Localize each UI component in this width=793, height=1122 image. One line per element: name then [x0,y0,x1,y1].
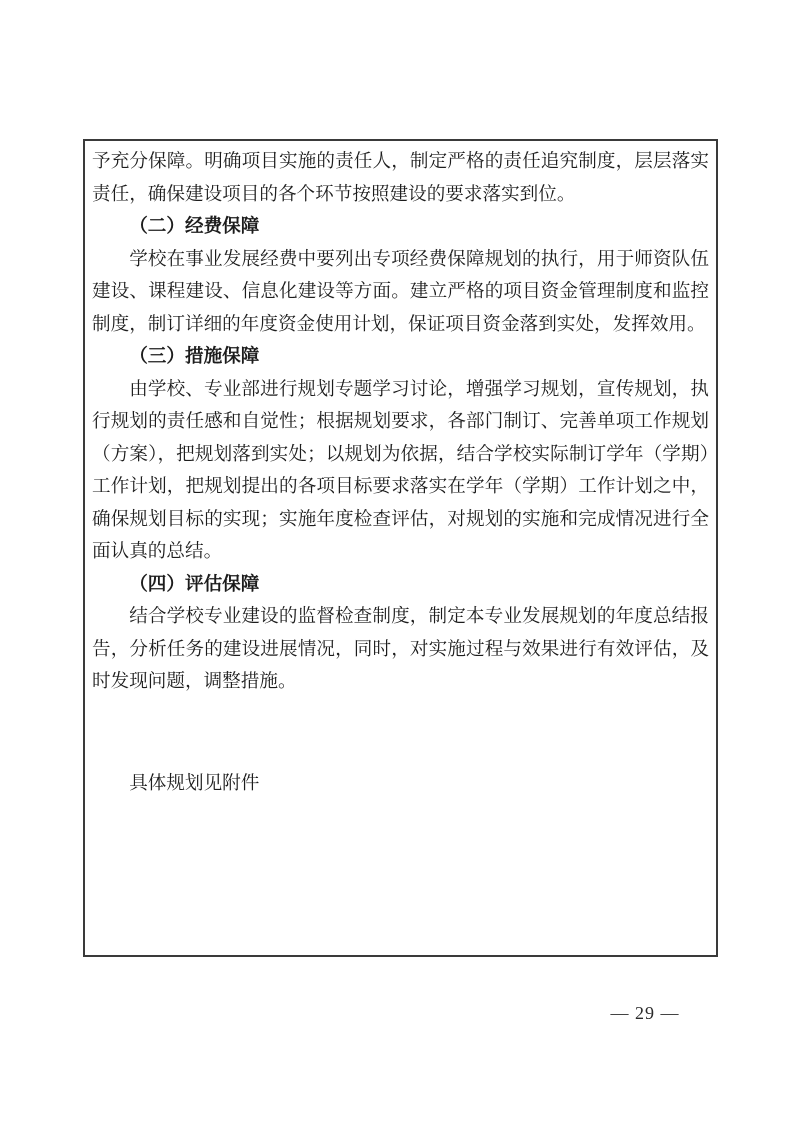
closing-note: 具体规划见附件 [92,768,709,801]
section-body-evaluation-guarantee: 结合学校专业建设的监督检查制度，制定本专业发展规划的年度总结报告，分析任务的建设… [92,601,709,699]
section-heading-evaluation-guarantee: （四）评估保障 [92,569,709,602]
section-body-funding-guarantee: 学校在事业发展经费中要列出专项经费保障规划的执行，用于师资队伍建设、课程建设、信… [92,244,709,342]
page-number: — 29 — [600,1000,690,1026]
section-heading-funding-guarantee: （二）经费保障 [92,211,709,244]
paragraph-continuation: 予充分保障。明确项目实施的责任人，制定严格的责任追究制度，层层落实责任，确保建设… [92,146,709,211]
section-heading-measures-guarantee: （三）措施保障 [92,341,709,374]
document-page: 予充分保障。明确项目实施的责任人，制定严格的责任追究制度，层层落实责任，确保建设… [0,0,793,1122]
section-body-measures-guarantee: 由学校、专业部进行规划专题学习讨论，增强学习规划，宣传规划，执行规划的责任感和自… [92,374,709,569]
content-border-box: 予充分保障。明确项目实施的责任人，制定严格的责任追究制度，层层落实责任，确保建设… [83,139,718,957]
